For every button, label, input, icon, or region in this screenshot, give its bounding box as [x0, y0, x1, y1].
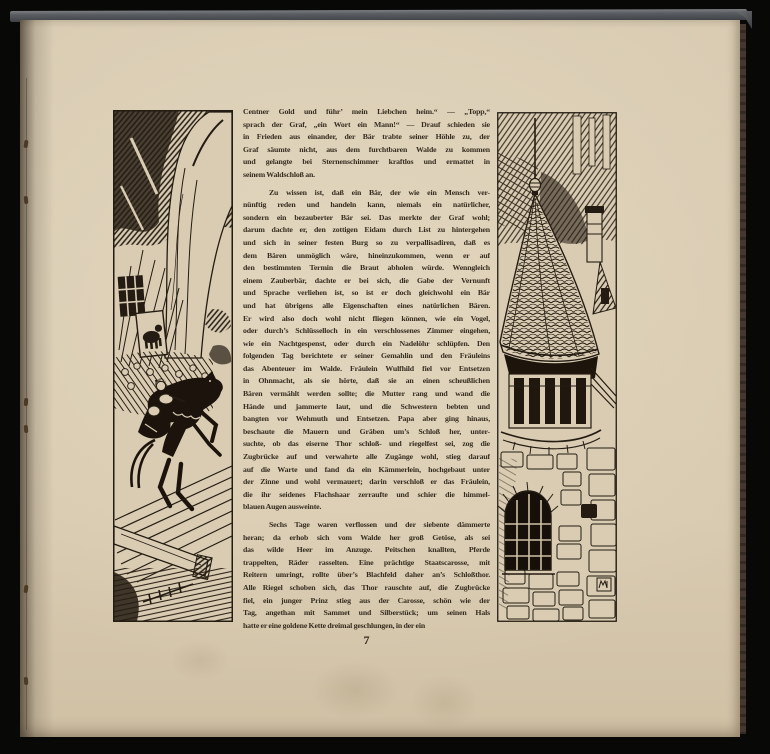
text-line: dem Bären unmöglich wäre, hineinzukommen… — [243, 251, 490, 264]
text-line: Reitern umringt, rollte über’s Blachfeld… — [243, 570, 490, 583]
text-line: und hat übrigens alle Eigenschaften eine… — [243, 301, 490, 314]
text-line: oder durch’s Schlüsselloch in ein versch… — [243, 326, 490, 339]
paragraph: Sechs Tage waren verflossen und der sieb… — [243, 520, 490, 633]
text-line: folgenden Tag berichtete er seiner Gemah… — [243, 351, 490, 364]
text-line: Sechs Tage waren verflossen und der sieb… — [243, 520, 490, 533]
text-line: nünftig reden und handeln kann, niemals … — [243, 200, 490, 213]
checkered-banner — [118, 275, 146, 317]
text-line: einem Zauberbär, dachte er bei sich, die… — [243, 276, 490, 289]
paragraph: Zu wissen ist, daß ein Bär, der wie ein … — [243, 188, 490, 515]
text-line: das Abenteuer im Walde. Fräulein Wulfhil… — [243, 364, 490, 377]
text-line: darum dachte er, den zottigen Eidam durc… — [243, 225, 490, 238]
text-line: Tag, angethan mit Sammet und Silberstück… — [243, 608, 490, 621]
text-line: der Zinne und wohl vermauert; darin vers… — [243, 477, 490, 490]
screenshot-root: { "page": { "number": "7", "paragraphs":… — [0, 0, 770, 754]
binding-stitch — [24, 677, 29, 685]
binding-stitch — [24, 398, 29, 406]
text-line: Graf säumte nicht, aus dem furchtbaren W… — [243, 145, 490, 158]
rider-in-forest-illustration — [113, 110, 233, 622]
text-line: wie ein Nachtgespenst, oder durch ein Na… — [243, 339, 490, 352]
text-line: in Ohnmacht, als sie hörte, daß sie an e… — [243, 376, 490, 389]
text-line: Zugbrücke auf und verwahrte alle Zugänge… — [243, 452, 490, 465]
castle-tower-illustration — [497, 112, 617, 622]
text-line: fiel, ein junger Prinz stieg aus der Car… — [243, 596, 490, 609]
text-line: und Sprache verliehen ist, so ist er doc… — [243, 288, 490, 301]
text-line: die ihr seidenes Flachshaar zerraufte un… — [243, 490, 490, 503]
text-line: Er wird also doch wohl nicht fliegen kön… — [243, 314, 490, 327]
text-line: suchte, ob das eiserne Thor schloß- und … — [243, 439, 490, 452]
text-line: Centner Gold und führ’ mein Liebchen hei… — [243, 107, 490, 120]
page-block-fore-edge — [739, 24, 746, 734]
text-line: Hände und jammerte laut, und die Schwest… — [243, 402, 490, 415]
paragraph: Centner Gold und führ’ mein Liebchen hei… — [243, 107, 490, 183]
book-page: Centner Gold und führ’ mein Liebchen hei… — [20, 20, 740, 737]
page-number: 7 — [243, 633, 490, 648]
text-line: das wilde Heer im Anzuge. Peitschen knal… — [243, 545, 490, 558]
bear-banner — [136, 311, 167, 358]
paper-stain — [310, 660, 400, 720]
text-line: auf die Warte und fand da ein Kämmerlein… — [243, 465, 490, 478]
text-line: seinem Waldschloß an. — [243, 170, 490, 183]
text-line: Alle Riegel schoben sich, das Thor rausc… — [243, 583, 490, 596]
text-line: und sich in seiner festen Burg so zu ver… — [243, 238, 490, 251]
castle-tower-drawing — [497, 112, 617, 622]
text-line: heran; da erhob sich vom Walde her groß … — [243, 533, 490, 546]
paper-stain — [410, 675, 480, 730]
paper-stain — [170, 640, 230, 680]
text-line: sondern ein bezauberter Bär sei. Das mer… — [243, 213, 490, 226]
text-line: Zu wissen ist, daß ein Bär, der wie ein … — [243, 188, 490, 201]
text-line: beschaute die Mauern und Gräben um’s Sch… — [243, 427, 490, 440]
text-line: und gelangte bei Sternenschimmer kraftlo… — [243, 157, 490, 170]
dark-wall-opening — [581, 504, 597, 518]
binding-stitch — [24, 425, 29, 433]
text-column: Centner Gold und führ’ mein Liebchen hei… — [243, 107, 490, 633]
text-line: hatte er eine goldene Kette dreimal gesc… — [243, 621, 490, 634]
text-line: blauen Augen ausweinte. — [243, 502, 490, 515]
text-line: bangten vor Wehmuth und Entsetzen. Papa … — [243, 414, 490, 427]
text-line: den bestimmten Termin die Braut abholen … — [243, 263, 490, 276]
artist-monogram — [597, 578, 611, 591]
text-line: sprach der Graf, „ein Wort ein Mann!“ — … — [243, 120, 490, 133]
text-line: in Frieden aus einander, der Bär trabte … — [243, 132, 490, 145]
text-line: Bären vermählt werden sollte; die Mutter… — [243, 389, 490, 402]
text-line: trappelten, Räder rasselten. Eine prächt… — [243, 558, 490, 571]
rider-in-forest-drawing — [113, 110, 233, 622]
binding-stitch — [24, 196, 29, 204]
chimney — [585, 206, 604, 262]
